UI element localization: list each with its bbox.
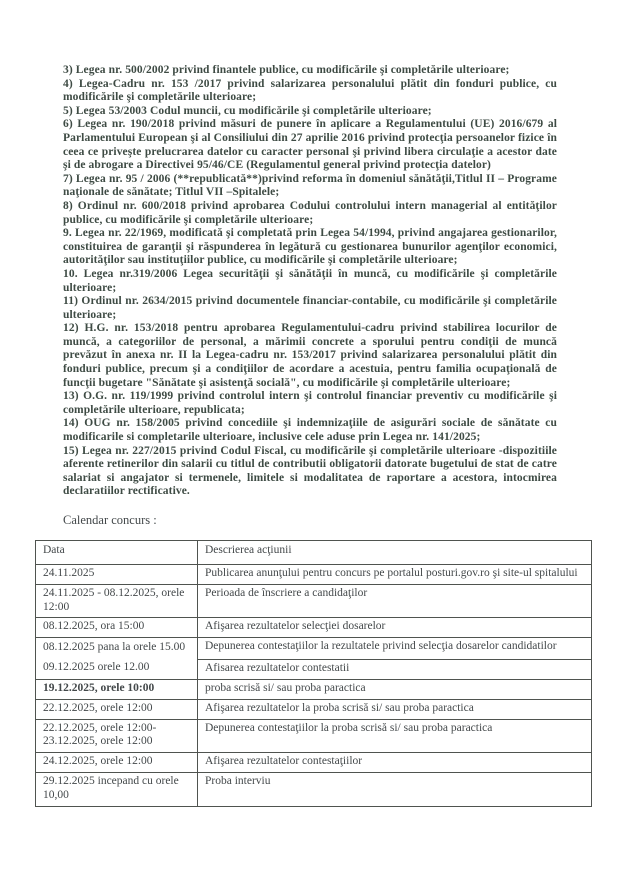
column-header-data: Data [36, 541, 198, 565]
table-row: 24.12.2025, orele 12:00 Afişarea rezulta… [36, 753, 592, 773]
cell-date: 24.11.2025 [36, 565, 198, 585]
cell-action: Perioada de înscriere a candidaţilor [198, 584, 592, 618]
list-item: 12) H.G. nr. 153/2018 pentru aprobarea R… [63, 322, 557, 390]
list-item: 11) Ordinul nr. 2634/2015 privind docume… [63, 295, 557, 322]
table-row: 08.12.2025, ora 15:00 Afişarea rezultate… [36, 618, 592, 638]
document-page: 3) Legea nr. 500/2002 privind finantele … [0, 0, 620, 877]
table-row: 22.12.2025, orele 12:00 Afişarea rezulta… [36, 699, 592, 719]
list-item: 9. Legea nr. 22/1969, modificată şi comp… [63, 227, 557, 268]
calendar-heading: Calendar concurs : [63, 513, 592, 528]
cell-date: 08.12.2025, ora 15:00 [36, 618, 198, 638]
table-row: 24.11.2025 - 08.12.2025, orele 12:00 Per… [36, 584, 592, 618]
cell-action: Publicarea anunţului pentru concurs pe p… [198, 565, 592, 585]
cell-action: Afişarea rezultatelor la proba scrisă si… [198, 699, 592, 719]
list-item: 14) OUG nr. 158/2005 privind concediile … [63, 417, 557, 444]
cell-date: 22.12.2025, orele 12:00 [36, 699, 198, 719]
list-item: 7) Legea nr. 95 / 2006 (**republicată**)… [63, 173, 557, 200]
list-item: 10. Legea nr.319/2006 Legea securităţii … [63, 268, 557, 295]
table-header-row: Data Descrierea acţiunii [36, 541, 592, 565]
cell-date: 22.12.2025, orele 12:00- 23.12.2025, ore… [36, 719, 198, 753]
list-item: 8) Ordinul nr. 600/2018 privind aprobare… [63, 200, 557, 227]
list-item: 5) Legea 53/2003 Codul muncii, cu modifi… [63, 105, 557, 119]
table-row: 22.12.2025, orele 12:00- 23.12.2025, ore… [36, 719, 592, 753]
cell-date-merged: 08.12.2025 pana la orele 15.00 09.12.202… [36, 638, 198, 680]
list-item: 15) Legea nr. 227/2015 privind Codul Fis… [63, 445, 557, 499]
calendar-table: Data Descrierea acţiunii 24.11.2025 Publ… [35, 540, 592, 807]
cell-date: 29.12.2025 incepand cu orele 10,00 [36, 772, 198, 806]
cell-action: Depunerea contestaţiilor la proba scrisă… [198, 719, 592, 753]
list-item: 6) Legea nr. 190/2018 privind măsuri de … [63, 118, 557, 172]
list-item: 3) Legea nr. 500/2002 privind finantele … [63, 64, 557, 78]
cell-action: Afişarea rezultatelor contestaţiilor [198, 753, 592, 773]
legal-references-list: 3) Legea nr. 500/2002 privind finantele … [63, 64, 557, 499]
column-header-descriere: Descrierea acţiunii [198, 541, 592, 565]
date-line: 09.12.2025 orele 12.00 [43, 661, 191, 675]
cell-date: 24.11.2025 - 08.12.2025, orele 12:00 [36, 584, 198, 618]
table-row: 24.11.2025 Publicarea anunţului pentru c… [36, 565, 592, 585]
list-item: 13) O.G. nr. 119/1999 privind controlul … [63, 390, 557, 417]
cell-date: 24.12.2025, orele 12:00 [36, 753, 198, 773]
cell-action: Afişarea rezultatelor selecţiei dosarelo… [198, 618, 592, 638]
list-item: 4) Legea-Cadru nr. 153 /2017 privind sal… [63, 78, 557, 105]
table-row: 19.12.2025, orele 10:00 proba scrisă si/… [36, 679, 592, 699]
cell-action: proba scrisă si/ sau proba paractica [198, 679, 592, 699]
cell-date: 19.12.2025, orele 10:00 [36, 679, 198, 699]
date-line: 08.12.2025 pana la orele 15.00 [43, 641, 191, 655]
cell-action: Depunerea contestaţiilor la rezultatele … [198, 638, 592, 660]
table-row: 08.12.2025 pana la orele 15.00 09.12.202… [36, 638, 592, 660]
table-row: 29.12.2025 incepand cu orele 10,00 Proba… [36, 772, 592, 806]
cell-action: Proba interviu [198, 772, 592, 806]
cell-action: Afisarea rezultatelor contestatii [198, 660, 592, 680]
